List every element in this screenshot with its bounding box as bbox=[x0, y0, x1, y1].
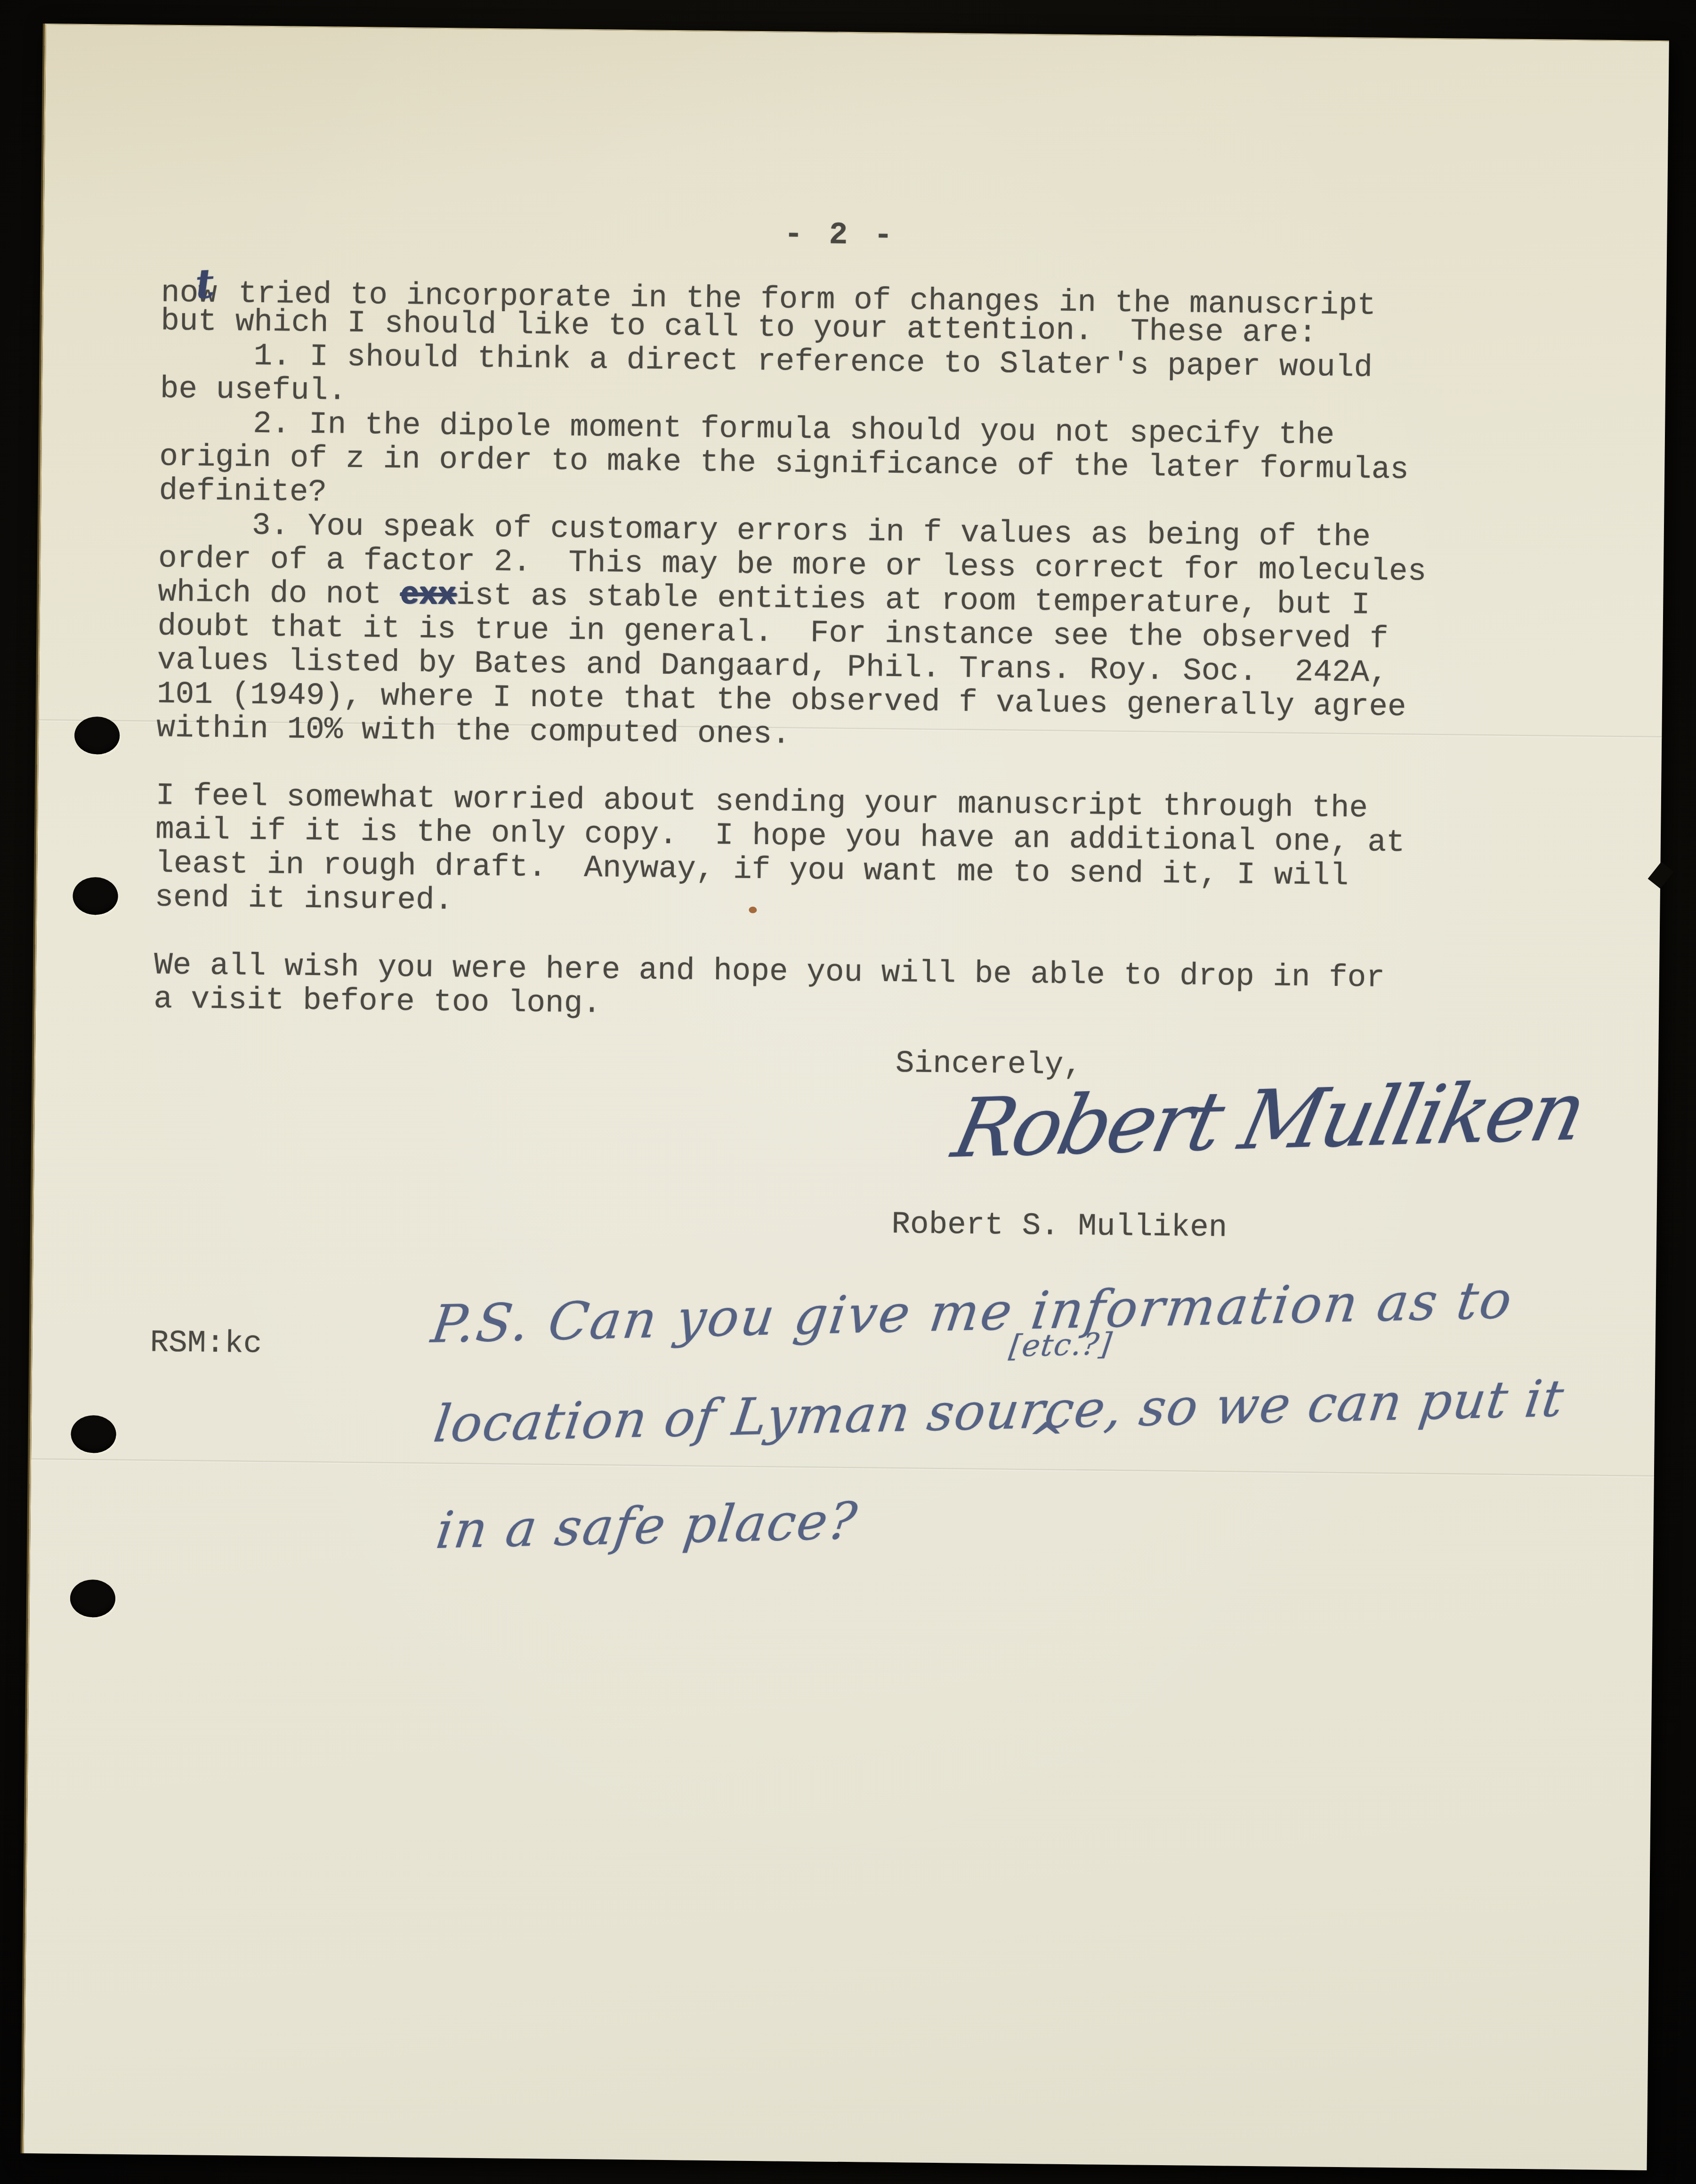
typed-text: within 10% with the computed ones. bbox=[156, 710, 791, 752]
right-edge-notch bbox=[1648, 862, 1674, 888]
typed-text: be useful. bbox=[160, 371, 347, 409]
typed-text: definite? bbox=[159, 473, 327, 510]
postscript-line-3: in a safe place? bbox=[433, 1491, 861, 1560]
typed-text: which do not bbox=[158, 575, 401, 612]
postscript-line-1: P.S. Can you give me information as to bbox=[428, 1270, 1517, 1355]
postscript-line-2: location of Lyman source, so we can put … bbox=[430, 1369, 1568, 1454]
rust-spot bbox=[749, 907, 757, 913]
punch-hole-1 bbox=[74, 717, 120, 755]
typist-initials: RSM:kc bbox=[150, 1325, 262, 1361]
page-number: - 2 - bbox=[784, 217, 896, 253]
ink-correction: exx bbox=[400, 577, 457, 613]
punch-hole-2 bbox=[73, 877, 118, 915]
typed-text: send it insured. bbox=[154, 880, 453, 919]
letter-body: nowt tried to incorporate in the form of… bbox=[153, 271, 1429, 1030]
postscript-handwriting: P.S. Can you give me information as to [… bbox=[431, 1244, 1644, 1629]
punch-hole-3 bbox=[71, 1415, 116, 1453]
insertion-caret: ^ bbox=[1024, 1412, 1067, 1464]
ink-correction: t bbox=[194, 266, 215, 301]
closing-salutation: Sincerely, bbox=[896, 1046, 1082, 1083]
typed-text: a visit before too long. bbox=[153, 982, 601, 1022]
scan-background: - 2 - nowt tried to incorporate in the f… bbox=[0, 0, 1696, 2184]
signature-handwriting: Robert Mulliken bbox=[945, 1064, 1592, 1176]
letter-page: - 2 - nowt tried to incorporate in the f… bbox=[23, 24, 1669, 2170]
postscript-inserted-note: [etc.?] bbox=[1007, 1327, 1115, 1364]
typed-sender-name: Robert S. Mulliken bbox=[891, 1207, 1228, 1245]
punch-hole-4 bbox=[70, 1580, 116, 1618]
